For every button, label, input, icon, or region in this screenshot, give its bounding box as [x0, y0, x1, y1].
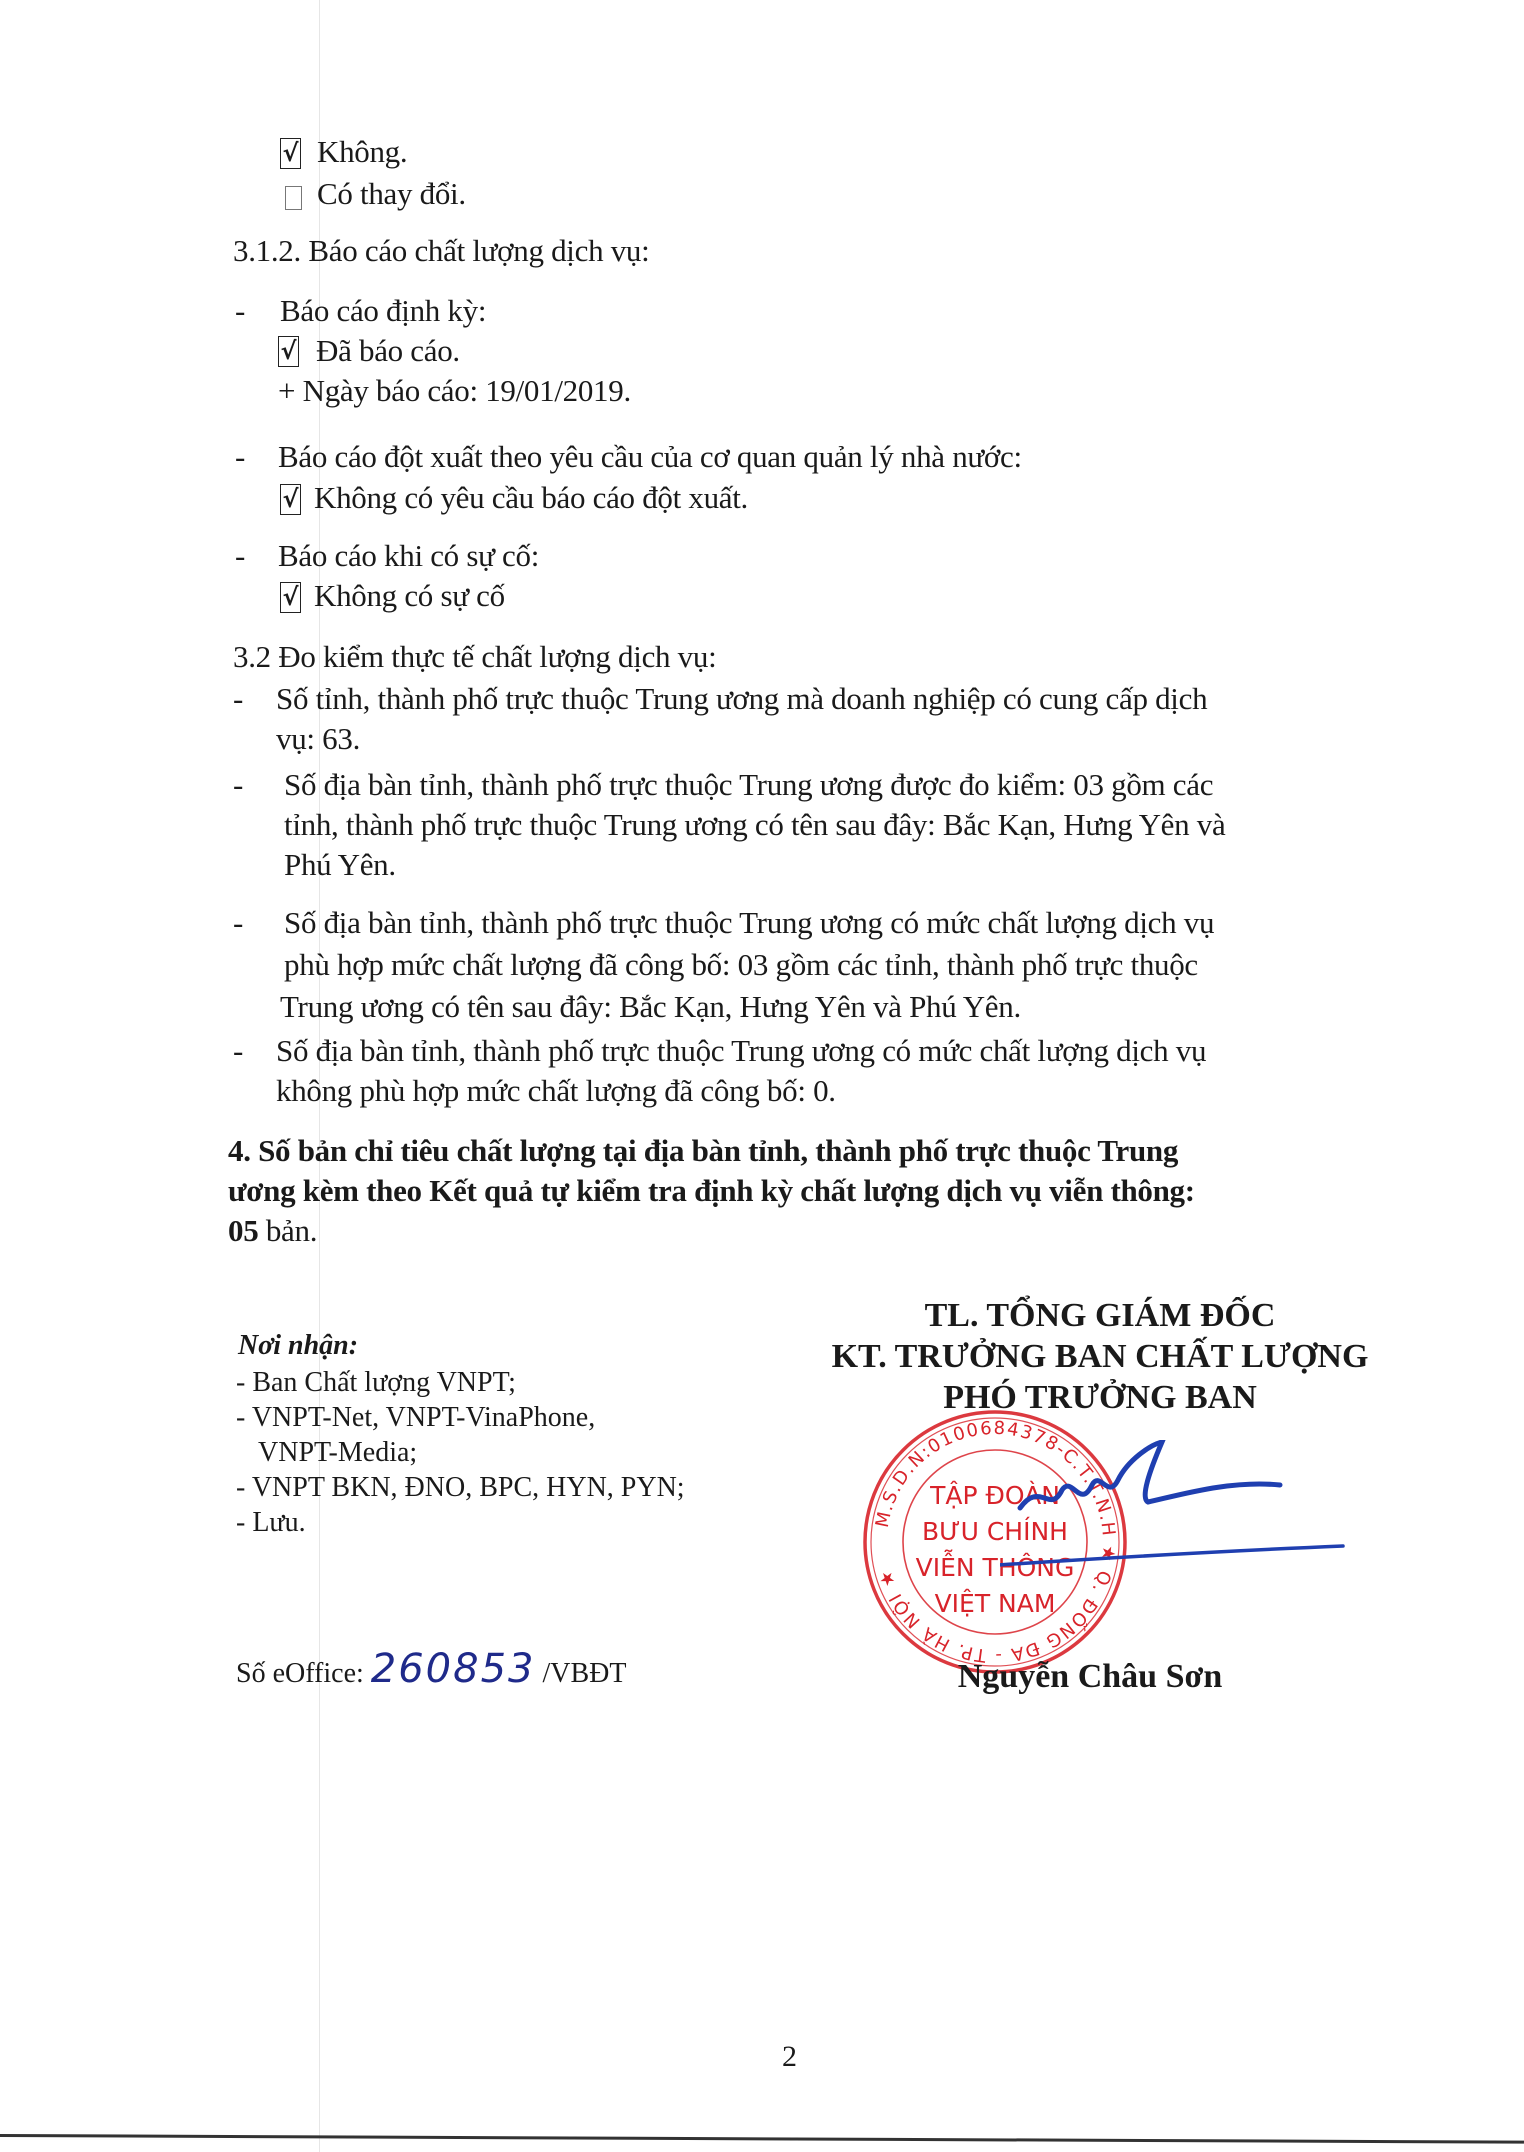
handwritten-signature: [1000, 1440, 1360, 1580]
recipient-item: - Lưu.: [236, 1505, 306, 1540]
recipient-item: - VNPT-Net, VNPT-VinaPhone,: [236, 1400, 595, 1435]
checkbox-khong-yeu-cau: √: [280, 484, 301, 515]
section-4-line-3: 05 bản.: [228, 1212, 317, 1250]
scan-bottom-edge: [0, 2134, 1524, 2144]
eoffice-label: Số eOffice:: [236, 1658, 364, 1689]
checkbox-co-thay-doi: [285, 186, 302, 210]
measure-item-2-line-3: Phú Yên.: [284, 846, 396, 884]
section-4-line-1: 4. Số bản chỉ tiêu chất lượng tại địa bà…: [228, 1132, 1178, 1170]
section-4-line-2: ương kèm theo Kết quả tự kiểm tra định k…: [228, 1172, 1195, 1210]
measure-item-1-line-2: vụ: 63.: [276, 720, 360, 758]
signer-name: Nguyễn Châu Sơn: [800, 1656, 1380, 1697]
eoffice-reference: Số eOffice: 260853 /VBĐT: [236, 1646, 626, 1692]
periodic-report-label: Báo cáo định kỳ:: [280, 292, 486, 330]
recipient-item: - Ban Chất lượng VNPT;: [236, 1365, 516, 1400]
measure-item-3-line-1: Số địa bàn tỉnh, thành phố trực thuộc Tr…: [284, 904, 1214, 942]
adhoc-report-label: Báo cáo đột xuất theo yêu cầu của cơ qua…: [278, 438, 1022, 476]
incident-report-label: Báo cáo khi có sự cố:: [278, 537, 539, 575]
document-page: √ Không. Có thay đổi. 3.1.2. Báo cáo chấ…: [0, 0, 1524, 2152]
checkbox-da-bao-cao: √: [278, 336, 299, 367]
recipient-item: - VNPT BKN, ĐNO, BPC, HYN, PYN;: [236, 1470, 685, 1505]
option-label-khong: Không.: [317, 133, 407, 171]
bullet-dash: -: [233, 1032, 243, 1070]
measure-item-3-line-3: Trung ương có tên sau đây: Bắc Kạn, Hưng…: [280, 988, 1021, 1026]
eoffice-number-handwritten: 260853: [371, 1646, 536, 1692]
page-number: 2: [782, 2040, 797, 2074]
heading-3-2: 3.2 Đo kiểm thực tế chất lượng dịch vụ:: [233, 638, 716, 676]
recipient-item: VNPT-Media;: [258, 1435, 417, 1470]
bullet-dash: -: [235, 438, 245, 476]
measure-item-1-line-1: Số tỉnh, thành phố trực thuộc Trung ương…: [276, 680, 1207, 718]
bullet-dash: -: [233, 680, 243, 718]
copy-count-suffix: bản.: [258, 1213, 317, 1248]
option-label-khong-su-co: Không có sự cố: [314, 577, 505, 615]
measure-item-4-line-2: không phù hợp mức chất lượng đã công bố:…: [276, 1072, 836, 1110]
bullet-dash: -: [233, 766, 243, 804]
heading-3-1-2: 3.1.2. Báo cáo chất lượng dịch vụ:: [233, 232, 649, 270]
measure-item-2-line-1: Số địa bàn tỉnh, thành phố trực thuộc Tr…: [284, 766, 1213, 804]
option-label-co-thay-doi: Có thay đổi.: [317, 175, 466, 213]
signature-title-line-2: KT. TRƯỞNG BAN CHẤT LƯỢNG: [800, 1336, 1400, 1377]
bullet-dash: -: [235, 537, 245, 575]
option-label-da-bao-cao: Đã báo cáo.: [316, 332, 460, 370]
eoffice-suffix: /VBĐT: [542, 1658, 626, 1689]
recipients-title: Nơi nhận:: [238, 1328, 358, 1363]
checkbox-khong: √: [280, 138, 301, 169]
report-date: + Ngày báo cáo: 19/01/2019.: [278, 372, 631, 410]
svg-text:VIỆT NAM: VIỆT NAM: [935, 1589, 1056, 1618]
option-label-khong-yeu-cau: Không có yêu cầu báo cáo đột xuất.: [314, 479, 748, 517]
copy-count: 05: [228, 1213, 258, 1248]
measure-item-4-line-1: Số địa bàn tỉnh, thành phố trực thuộc Tr…: [276, 1032, 1206, 1070]
bullet-dash: -: [235, 292, 245, 330]
bullet-dash: -: [233, 904, 243, 942]
measure-item-3-line-2: phù hợp mức chất lượng đã công bố: 03 gồ…: [284, 946, 1198, 984]
measure-item-2-line-2: tỉnh, thành phố trực thuộc Trung ương có…: [284, 806, 1225, 844]
signature-title-line-1: TL. TỔNG GIÁM ĐỐC: [800, 1295, 1400, 1336]
checkbox-khong-su-co: √: [280, 582, 301, 613]
